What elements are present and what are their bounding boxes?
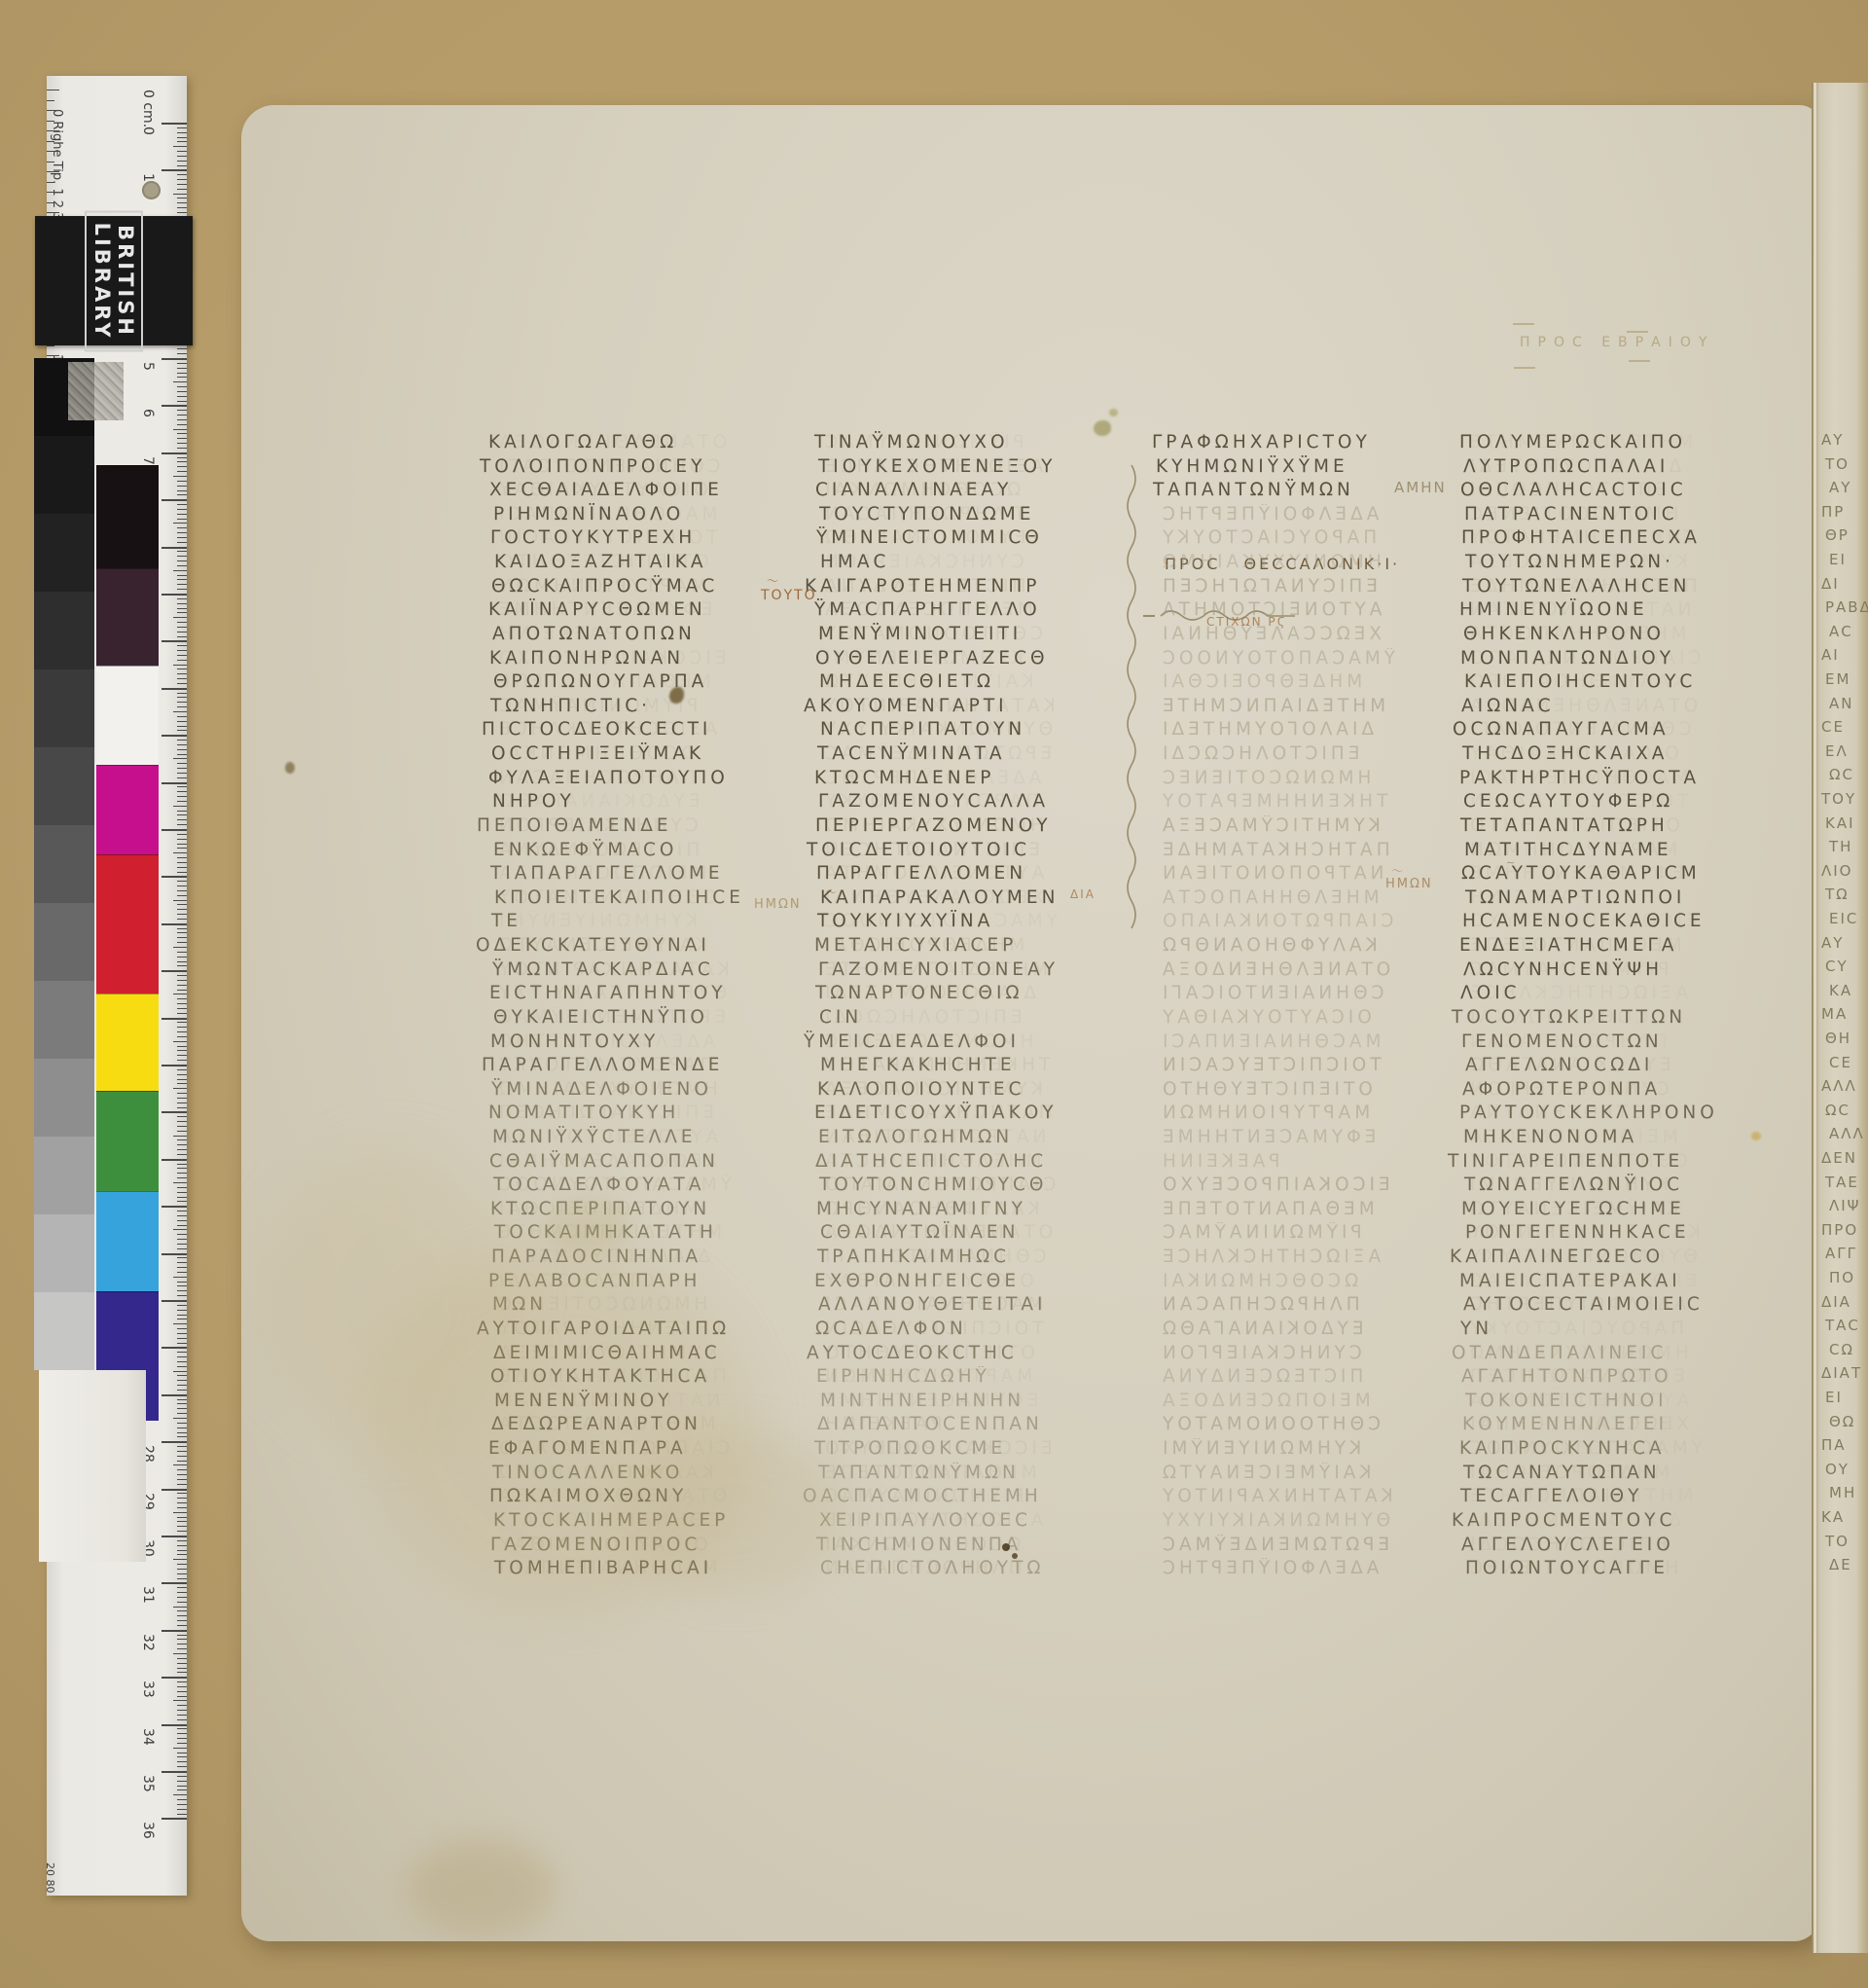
text-line-col1: ΑΠΟΤΩΝΑΤΟΠΩΝ [492,623,696,646]
mm-tick [177,141,187,142]
mm-tick [177,1201,187,1202]
mm-tick [177,127,187,128]
text-line-col2: ΠΑΡΑΓΓΕΛΛΟΜΕΝ [816,862,1026,886]
mm-tick [177,1352,187,1353]
photograph-background: ΠΡΟϹ ΕΒΡΑΙΟΥ ΠΡΟϹ ΘΕϹϹΑΛΟΝΙΚ·Ι· ΟΤΑΝΕΛΘΗ… [0,0,1868,1988]
cm-tick [162,1111,187,1113]
text-line-col1: ΤΙΝΟϹΑΛΛΕΝΚΟ [492,1462,683,1485]
mm-tick [177,1215,187,1216]
mm-tick [177,401,187,402]
adjacent-page-text-fragment: ΠΑ [1821,1436,1847,1454]
text-line-col4: ΡΑΚΤΗΡΤΗϹΫΠΟϹΤΑ [1459,767,1700,790]
running-title-pros-ebraious: ΠΡΟϹ ΕΒΡΑΙΟΥ [1520,335,1714,350]
text-line-col1: ΠΕΠΟΙΘΑΜΕΝΔΕ [477,814,672,838]
mm-tick [177,726,187,727]
bleed-through-line: ΜΗΤΕΔΙΑΠΝϹΜΗΤΕ [1159,695,1385,718]
adjacent-page-text-fragment: ΡΑΒΔ [1825,598,1868,616]
mm-tick [177,1139,187,1140]
cm-number: 31 [140,1586,156,1604]
text-line-col2: ΫΜΑϹΠΑΡΗΓΓΕΛΛΟ [814,598,1041,622]
mm-tick [177,942,187,943]
adjacent-page-edge: ΑΥΤΟΑΥΠΡΘΡΕΙΔΙΡΑΒΔΑϹΑΙΕΜΑΝϹΕΕΛΩϹΤΟΥΚΑΙΤΗ… [1812,83,1868,1953]
bleed-through-line: ΡΙΫΜΩΝΙΝΑΫΜΑϹ [1159,1221,1362,1245]
mm-tick [177,839,187,840]
text-line-col4: ΤΕϹΑΓΓΕΛΟΙΘΥ [1460,1485,1642,1508]
mm-tick [177,1428,187,1428]
bleed-through-line: ΩϹΟΘϹΗΜΩΝΚΑΙ [1159,1270,1358,1293]
cm-tick [162,1818,187,1820]
text-line-col1: ΜΕΝΕΝΫΜΙΝΟΥ [494,1390,672,1413]
text-line-col4: ΛΟΙϹ [1460,982,1521,1005]
color-patch-dark-plum [96,568,159,666]
bleed-through-line: ΜΗΕΛΘΗΗΑΠΟϹΤΑ [1159,886,1380,910]
text-line-col2: ΤΙΤΡΟΠΩΟΚϹΜΕ [814,1437,1006,1461]
mm-tick [177,1168,187,1169]
text-line-col4: ΥΝ [1460,1318,1492,1341]
adjacent-page-text-fragment: ΩϹ [1825,1102,1850,1119]
ruler-hole [142,181,161,199]
text-line-col1: ΤΕ [491,910,521,933]
mm-tick [177,975,187,976]
mm-tick [177,1234,187,1235]
mm-tick [177,914,187,915]
mm-tick [177,1479,187,1480]
text-line-col2: ΤΙΝΑΫΜΩΝΟΥΧΟ [814,431,1009,454]
text-line-col1: ΕΙϹΤΗΝΑΓΑΠΗΝΤΟΥ [489,982,727,1005]
text-line-col2: ΤΡΑΠΗΚΑΙΜΗΩϹ [817,1246,1010,1269]
bleed-through-line: ΕΥΔΟΚΙΑΝΑΓΑΘΩ [1159,1318,1364,1341]
mm-tick [177,1625,187,1626]
mm-tick [177,165,187,166]
mm-tick [177,1809,187,1810]
bleed-through-line: ΚΥΗΜΩΝΙΥΕΝΫΜΙ [1159,1437,1361,1461]
text-line-col2: ΝΑϹΠΕΡΙΠΑΤΟΥΝ [820,718,1025,741]
bleed-through-line: ΟΤΑΝΕΛΘΗΕΝΔΟΞΑ [1159,958,1390,982]
text-line-col1: ΠΑΡΑΓΓΕΛΛΟΜΕΝΔΕ [482,1054,723,1077]
bleed-through-line: ΕΙϹΟΚΑΙΠΡΟϹΕΥΧΟ [1159,1174,1390,1197]
bleed-through-line: ΜΑΡΤΥΡΙΟΝΗΜΩΝ [1159,1102,1370,1125]
mm-tick [177,1149,187,1150]
mm-tick [177,1753,187,1753]
greyscale-step [34,903,94,981]
mm-tick [177,527,187,528]
left-tick [47,212,59,213]
text-line-col3: ΚΥΗΜΩΝΙΫΧΫΜΕ [1156,455,1348,479]
mm-tick [177,952,187,953]
mm-tick [177,1107,187,1108]
mm-tick [177,584,187,585]
text-line-col1: ΝΗΡΟΥ [492,790,575,813]
mm-tick [177,1715,187,1716]
color-patch-black [96,465,159,568]
mm-tick [177,556,187,557]
mm-tick [177,763,187,764]
insertion-mark-col2: 〜 [825,884,839,900]
mm-tick [177,1272,187,1273]
mm-tick [177,1446,187,1447]
mm-tick [177,768,187,769]
bleed-through-line: ΚΑΤΑΤΗΝΧΑΡΙΝΤΟΥ [1159,1485,1393,1508]
text-line-col4: ΑΓΑΓΗΤΟΝΠΡΩΤΟ [1461,1365,1672,1389]
greyscale-step [34,592,94,669]
mm-tick [177,1093,187,1094]
mm-tick [177,919,187,920]
mm-tick [177,1060,187,1061]
text-line-col2: ΗΜΑϹ [820,551,889,574]
adjacent-page-text-fragment: ϹΕ [1829,1054,1852,1071]
text-line-col1: ΤΟϹΚΑΙΜΗΚΑΤΑΤΗ [494,1221,717,1245]
mm-tick [177,1686,187,1687]
mm-tick [177,1319,187,1319]
text-line-col2: ΕΙΤΩΛΟΓΩΗΜΩΝ [818,1126,1013,1149]
cm-number: 6 [140,409,156,417]
text-line-col1: ΦΥΛΑΞΕΙΑΠΟΤΟΥΠΟ [488,767,729,790]
text-line-col4: ϹΕΩϹΑΥΤΟΥΦΕΡΩ [1463,790,1673,813]
mm-tick [177,1668,187,1669]
mm-tick [177,1390,187,1391]
text-line-col1: ΤΩΝΗΠΙϹΤΙϹ· [490,695,651,718]
mm-tick [177,961,187,962]
mm-tick [177,1738,187,1739]
text-line-col4: ΜΑΤΙΤΗϹΔΥΝΑΜΕ [1464,839,1672,862]
bleed-through-line: ΠΑΡΟΥϹΙΑϹΤΟΥΚΥ [1466,1318,1684,1341]
bleed-through-line: ΑΔΕΛΦΟΙΫΠΕΡΤΗϹ [1159,503,1379,526]
mm-tick [177,391,187,392]
adjacent-page-text-fragment: ΚΑ [1829,982,1852,999]
mm-tick [177,1310,187,1311]
mm-tick [177,1282,187,1283]
text-line-col2: ϹΙΝ [819,1006,862,1030]
text-line-col4: ΤΟϹΟΥΤΩΚΡΕΙΤΤΩΝ [1452,1006,1686,1030]
adjacent-page-text-fragment: ϹΩ [1829,1341,1854,1358]
mm-tick [177,721,187,722]
mm-tick [177,1399,187,1400]
left-tick [47,162,54,163]
stichoi-note: ϹΤΙΧΩΝ ΡϚ [1206,615,1286,629]
text-line-col2: ΓΑΖΟΜΕΝΟΥϹΑΛΛΑ [818,790,1049,813]
cm-tick [162,1347,187,1349]
mm-tick [177,424,187,425]
mm-tick [177,1338,187,1339]
text-line-col4: ΤΟΥΤΩΝΗΜΕΡΩΝ· [1465,551,1674,574]
correction-hmwn-col2: ΗΜΩΝ [754,897,802,912]
mm-tick [173,146,187,147]
adjacent-page-text-fragment: ΘΗ [1825,1030,1851,1047]
text-line-col2: ΚΑΙΓΑΡΟΤΕΗΜΕΝΠΡ [805,575,1040,598]
cm-tick [162,1159,187,1161]
mm-tick [173,1512,187,1513]
mm-tick [177,608,187,609]
mm-tick [177,1315,187,1316]
text-line-col2: ΜΕΤΑΗϹΥΧΙΑϹΕΡ [814,934,1017,958]
adjacent-page-text-fragment: ΜΗ [1829,1484,1856,1501]
mm-tick [177,819,187,820]
mm-tick [173,381,187,382]
mm-tick [177,1814,187,1815]
mm-tick [177,1776,187,1777]
adjacent-page-text-fragment: ΤΑϹ [1825,1317,1860,1334]
adjacent-page-text-fragment: ΛΙΨ [1829,1197,1861,1214]
bleed-through-line: ΟΙϹΑΥΤΟΥΚΑΙΘΑΥ [1159,1006,1372,1030]
mm-tick [177,1461,187,1462]
cm-tick [162,1065,187,1066]
left-tick [47,121,54,122]
mm-tick [173,570,187,571]
mm-tick [177,1220,187,1221]
mm-tick [177,1526,187,1527]
left-tick [47,182,54,183]
mm-tick [177,1375,187,1376]
text-line-col2: ΚΑΛΟΠΟΙΟΥΝΤΕϹ [817,1078,1025,1102]
color-calibration-strip [96,465,159,1421]
text-line-col2: ΑΥΤΟϹΔΕΟΚϹΤΗϹ [807,1342,1018,1365]
adjacent-page-text-fragment: ΑΝ [1829,695,1853,712]
mm-tick [177,1648,187,1649]
mm-tick [177,872,187,873]
mm-tick [177,937,187,938]
text-line-col4: ΠΑΤΡΑϹΙΝΕΝΤΟΙϹ [1464,503,1678,526]
adjacent-page-text-fragment: ΑΥ [1821,934,1844,952]
cm-tick [162,594,187,596]
mm-tick [177,415,187,416]
mm-tick [177,678,187,679]
mm-tick [177,1173,187,1174]
mm-tick [177,1356,187,1357]
adjacent-page-text-fragment: ΛΙΟ [1821,862,1853,880]
text-line-col2: ΕΧΘΡΟΝΗΓΕΙϹΘΕ [814,1270,1020,1293]
text-line-col4: ΗΜΙΝΕΝΥΪΩΟΝΕ [1459,598,1648,622]
mm-tick [177,184,187,185]
text-line-col1: ΚΑΙΪΝΑΡΥϹΘΩΜΕΝ [488,598,706,622]
mm-tick [177,1008,187,1009]
mm-tick [177,645,187,646]
mm-tick [177,1658,187,1659]
mm-tick [177,1578,187,1579]
mm-tick [177,1187,187,1188]
running-title-dash [1513,323,1534,325]
text-line-col2: ΤΟΥΤΟΝϹΗΜΙΟΥϹΘ [819,1174,1047,1197]
mm-tick [177,998,187,999]
mm-tick [177,1305,187,1306]
mm-tick [177,1244,187,1245]
unit-label: 0 cm. [140,90,156,127]
cm-tick [162,1630,187,1632]
text-line-col1: ΔΕΔΩΡΕΑΝΑΡΤΟΝ [491,1413,701,1436]
text-line-col4: ΑΥΤΟϹΕϹΤΑΙΜΟΙΕΙϹ [1463,1293,1704,1317]
mm-tick [177,1502,187,1503]
mm-tick [177,1569,187,1570]
cm-tick [162,1489,187,1491]
left-tick [47,202,54,203]
text-line-col4: ΤΙΝΙΓΑΡΕΙΠΕΝΠΟΤΕ [1448,1150,1683,1174]
cm-tick [162,1582,187,1584]
mm-tick [177,1733,187,1734]
bleed-through-line: ΚΑΛΥΦΘΗΟΑΝΘΡΩ [1159,934,1378,958]
adjacent-page-text-fragment: ΕΛ [1825,742,1849,760]
mm-tick [177,796,187,797]
bleed-through-line: ΤΗΚΕΝΗΗΜΕΡΑΤΟΥ [1159,790,1387,813]
mm-tick [177,537,187,538]
text-line-col2: ΜΕΝΫΜΙΝΟΤΙΕΙΤΙ [818,623,1022,646]
mm-tick [173,1700,187,1701]
mm-tick [173,806,187,807]
insertion-mark-col4: 〜 [1391,862,1405,879]
bleed-through-line: ΠΙϹΤΕΩϹΕΝΔΥΝΑ [1159,1365,1363,1389]
bleed-through-line: ΜΕΙΟΠΩϹΕΝΔΟΞΑ [1159,1390,1371,1413]
bleed-through-line: ϹΙΑΠΡΩΤΟΝΚΑΙΑΠΟ [1159,910,1393,933]
text-line-col1: ΓΑΖΟΜΕΝΟΙΠΡΟϹ [490,1534,700,1557]
mm-tick [173,665,187,666]
mm-tick [177,895,187,896]
greyscale-step [34,514,94,592]
mm-tick [177,396,187,397]
mm-tick [177,471,187,472]
text-line-col4: ΠΟΛΥΜΕΡΩϹΚΑΙΠΟ [1459,431,1686,454]
left-tick [47,151,59,152]
mm-tick [177,212,187,213]
running-title-dash [1629,360,1650,362]
text-line-col4: ΛΩϹΥΝΗϹΕΝΫΨΗ [1463,958,1663,982]
text-line-col4: ΓΕΝΟΜΕΝΟϹΤΩΝ [1461,1030,1663,1054]
mm-tick [177,1545,187,1546]
text-line-col1: ΘΩϹΚΑΙΠΡΟϹΫΜΑϹ [491,575,718,598]
mm-tick [177,1469,187,1470]
text-line-col4: ΤΟΥΤΩΝΕΛΑΛΗϹΕΝ [1462,575,1690,598]
text-line-col2: ΑΚΟΥΟΜΕΝΓΑΡΤΙ [804,695,1008,718]
text-line-col2: ΤΑΠΑΝΤΩΝΫΜΩΝ [818,1462,1020,1485]
text-line-col1: ΠΙϹΤΟϹΔΕΟΚϹΕϹΤΙ [482,718,711,741]
adjacent-page-text-fragment: ΠΡ [1821,503,1845,521]
text-line-col2: ΔΙΑΤΗϹΕΠΙϹΤΟΛΗϹ [815,1150,1047,1174]
text-line-col3: ΤΑΠΑΝΤΩΝΫΜΩΝ [1153,479,1354,502]
adjacent-page-text-fragment: ΕΙ [1825,1389,1843,1406]
cm-tick [162,547,187,549]
mm-tick [177,636,187,637]
text-line-col2: ϹΙΑΝΑΛΛΙΝΑΕΑΥ [815,479,1012,502]
mm-tick [177,1343,187,1344]
adjacent-page-text-fragment: ΤΟ [1825,1533,1850,1550]
mm-tick [177,824,187,825]
mm-tick [173,1653,187,1654]
calibration-card-blank [39,1370,146,1562]
text-line-col1: ΟΔΕΚϹΚΑΤΕΥΘΥΝΑΙ [476,934,710,958]
text-line-col1: ΔΕΙΜΙΜΙϹΘΑΙΗΜΑϹ [493,1342,721,1365]
bleed-through-line: ΠΑΡΟΥϹΙΑϹΤΟΥΚΥ [1159,526,1377,550]
adjacent-page-text-fragment: ΤΑΕ [1825,1174,1859,1191]
text-line-col4: ΡΟΝΓΕΓΕΝΝΗΚΑϹΕ [1465,1221,1690,1245]
adjacent-page-text-fragment: ΕΜ [1825,670,1850,688]
mm-tick [177,1361,187,1362]
greyscale-step [34,747,94,825]
color-patch-red [96,854,159,994]
mm-tick [177,1517,187,1518]
mm-tick [177,857,187,858]
mm-tick [177,1564,187,1565]
cm-tick [162,829,187,831]
correction-hmwn-col4: ΗΜΩΝ [1385,877,1433,891]
text-line-col1: ΠΩΚΑΙΜΟΧΘΩΝΥ [489,1485,687,1508]
mm-tick [173,1371,187,1372]
mm-tick [177,1050,187,1051]
mm-tick [177,683,187,684]
mm-tick [177,603,187,604]
mm-tick [173,1182,187,1183]
mm-tick [177,461,187,462]
mm-tick [177,1592,187,1593]
mm-tick [177,1587,187,1588]
cm-tick [162,970,187,972]
text-line-col4: ΠΡΟΦΗΤΑΙϹΕΠΕϹΧΑ [1461,526,1701,550]
color-patch-yellow [96,994,159,1091]
mm-tick [173,1607,187,1608]
cm-number: 7 [140,456,156,465]
color-patch-green [96,1091,159,1191]
text-line-col2: ΔΙΑΠΑΝΤΟϹΕΝΠΑΝ [817,1413,1043,1436]
text-line-col4: ΩϹΑΥΤΟΥΚΑΘΑΡΙϹΜ [1461,862,1701,886]
mm-tick [177,532,187,533]
text-line-col1: ΚΑΙΠΟΝΗΡΩΝΑΝ [489,647,684,670]
mm-tick [177,1079,187,1080]
text-line-col1: ΫΜΩΝΤΑϹΚΑΡΔΙΑϹ [492,958,714,982]
running-title-dash [1514,367,1535,369]
mm-tick [177,1116,187,1117]
mm-tick [177,848,187,849]
mm-tick [177,844,187,845]
mm-tick [177,433,187,434]
cm-number: 35 [140,1775,156,1792]
adjacent-page-text-fragment: ΩϹ [1829,766,1854,783]
text-line-col1: ΡΕΛΑΒΟϹΑΝΠΑΡΗ [488,1270,700,1293]
cm-tick [162,1300,187,1302]
bleed-through-line: ϹΘΗΝΑΙΕΝΤΟΙϹΑΓΙ [1159,982,1384,1005]
text-line-col4: ΜΟΝΠΑΝΤΩΝΔΙΟΥ [1460,647,1674,670]
mm-tick [177,1602,187,1603]
mm-tick [177,928,187,929]
bleed-through-line: ϹΘΗΤΟΟΝΟΜΑΤΟΥ [1159,1413,1381,1436]
left-tick [47,110,59,111]
text-line-col4: ΚΑΙΕΠΟΙΗϹΕΝΤΟΥϹ [1464,670,1696,694]
mm-tick [177,660,187,661]
adjacent-page-text-fragment: ΕΙϹ [1829,910,1858,927]
correction-touto: ΤΟΥΤΟ [761,588,817,603]
mm-tick [177,1267,187,1268]
mm-tick [177,985,187,986]
stain [1094,420,1111,436]
adjacent-page-text-fragment: ΑΥ [1829,479,1851,496]
mm-tick [177,348,187,349]
text-line-col2: ϹΗΕΠΙϹΤΟΛΗΟΥΤΩ [820,1557,1045,1580]
mm-tick [177,702,187,703]
mm-tick [177,565,187,566]
bleed-through-line: ΔΙΑΛΟΓΟΥΜΗΤΕΔΙ [1159,718,1374,741]
left-tick [47,171,59,172]
text-line-col2: ΑΛΛΑΝΟΥΘΕΤΕΙΤΑΙ [818,1293,1046,1317]
cm-tick [162,123,187,125]
text-line-col4: ΕΝΔΕΞΙΑΤΗϹΜΕΓΑ [1459,934,1677,958]
mm-tick [177,486,187,487]
color-patch-magenta [96,765,159,854]
mm-tick [177,1493,187,1494]
text-line-col1: ΫΜΙΝΑΔΕΛΦΟΙΕΝΟ [491,1078,712,1102]
bleed-through-line: ΕΠΙϹΥΝΑΓΩΓΗϹΕΠ [1159,575,1378,598]
mm-tick [177,1710,187,1711]
mm-tick [177,1366,187,1367]
cm-number: 33 [140,1681,156,1698]
text-line-col1: ΝΟΜΑΤΙΤΟΥΚΥΗ [488,1102,679,1125]
mm-tick [177,1691,187,1692]
cm-tick [162,452,187,454]
mm-tick [177,1003,187,1004]
